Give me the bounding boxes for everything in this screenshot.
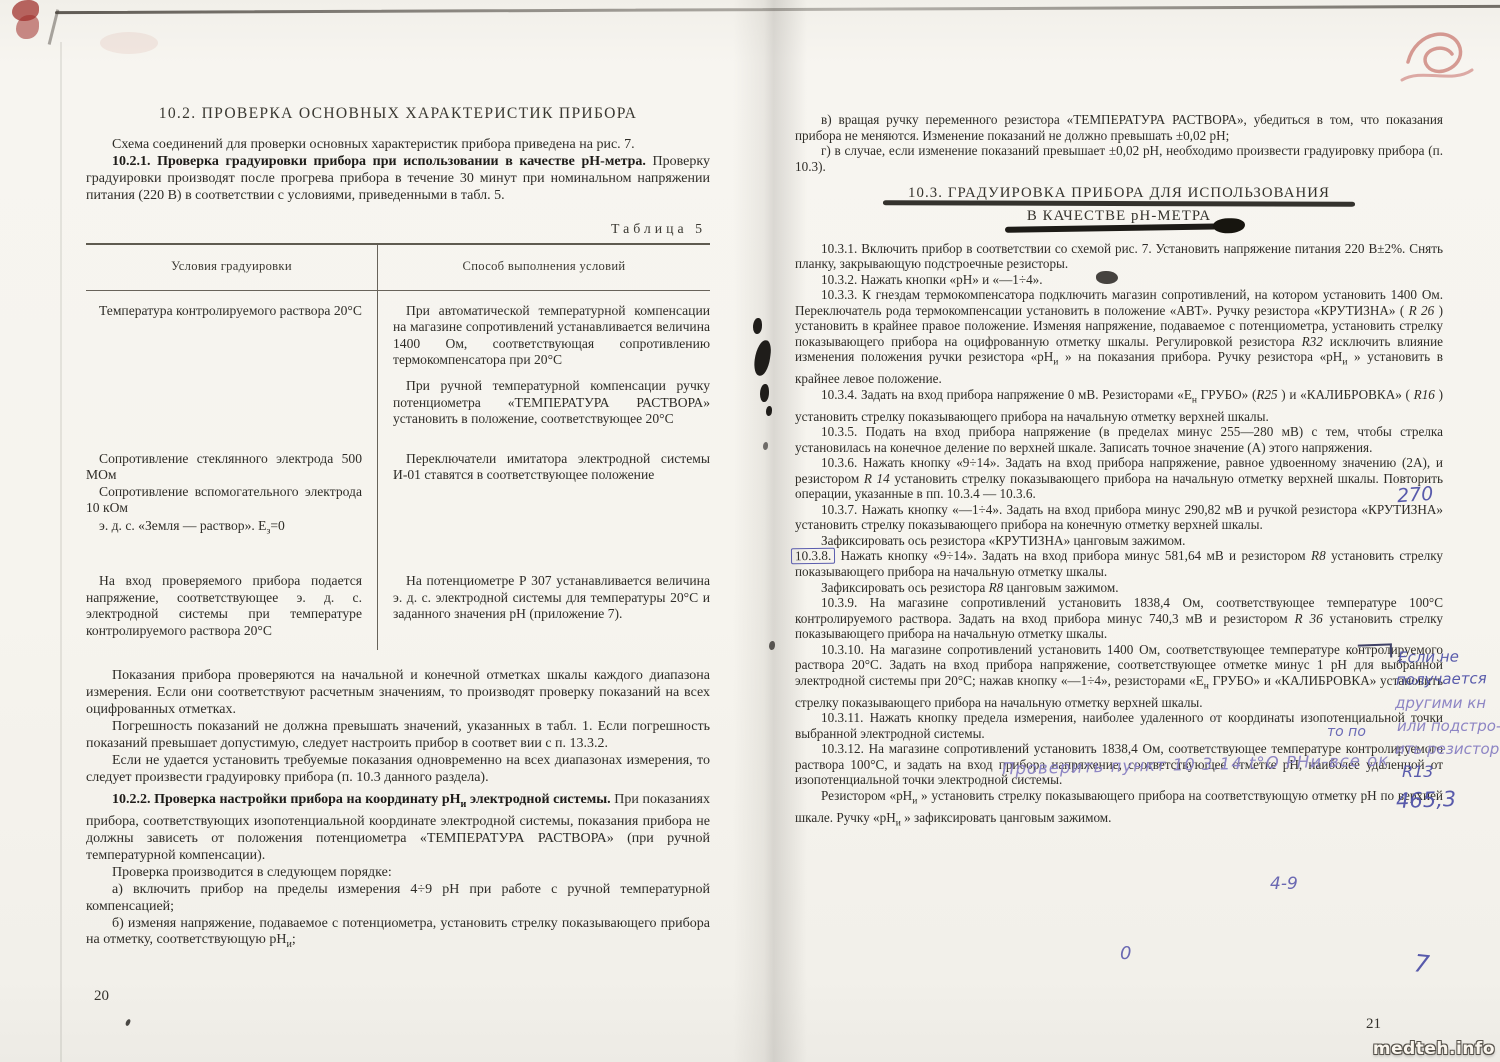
- handwritten-note-4-9: 4-9: [1270, 874, 1298, 894]
- paragraph: 10.3.10. На магазине сопротивлений устан…: [795, 642, 1443, 711]
- handwritten-margin-note: другими кн: [1395, 694, 1486, 712]
- red-stamp-mark-top-left: [16, 15, 39, 39]
- table-cell-text: При автоматической температурной компенс…: [393, 303, 710, 369]
- paragraph-10-3-8: 10.3.8. Нажать кнопку «9÷14». Задать на …: [795, 548, 1443, 579]
- page-number-right: 21: [1366, 1016, 1381, 1033]
- paragraph: 10.3.7. Нажать кнопку «—1÷4». Задать на …: [795, 502, 1443, 533]
- paragraph: 10.2.2. Проверка настройки прибора на ко…: [86, 792, 710, 864]
- paragraph: 10.3.1. Включить прибор в соответствии с…: [795, 241, 1443, 272]
- paragraph: 10.3.9. На магазине сопротивлений устано…: [795, 595, 1443, 642]
- scanned-manual-spread: 10.2. ПРОВЕРКА ОСНОВНЫХ ХАРАКТЕРИСТИК ПР…: [0, 0, 1500, 1062]
- paragraph-text: Нажать кнопку «9÷14». Задать на вход при…: [795, 548, 1443, 579]
- paragraph: Зафиксировать ось резистора «КРУТИЗНА» ц…: [795, 533, 1443, 549]
- handwritten-margin-note: R13: [1402, 762, 1433, 781]
- pen-underline: [883, 200, 1355, 206]
- table-row: На вход проверяемого прибора подается на…: [86, 551, 710, 650]
- scan-left-edge-line: [60, 42, 62, 1062]
- watermark: medteh.info: [1373, 1039, 1495, 1059]
- table-cell: При автоматической температурной компенс…: [378, 291, 710, 439]
- table-cell: На вход проверяемого прибора подается на…: [86, 551, 378, 650]
- column-header: Способ выполнения условий: [378, 245, 710, 290]
- paragraph: 10.3.2. Нажать кнопки «pH» и «—1÷4».: [795, 272, 1443, 288]
- ink-speck: [125, 1019, 131, 1027]
- table-row: Сопротивление стеклянного электрода 500 …: [86, 439, 710, 552]
- paragraph: а) включить прибор на пределы измерения …: [86, 882, 710, 916]
- paragraph: Если не удается установить требуемые пок…: [86, 753, 710, 787]
- paragraph: 10.3.4. Задать на вход прибора напряжени…: [795, 387, 1443, 425]
- table-cell: Температура контролируемого раствора 20°…: [86, 291, 378, 439]
- handwritten-note-7: 7: [1413, 949, 1431, 978]
- paragraph: Зафиксировать ось резистора R8 цанговым …: [795, 580, 1443, 596]
- paragraph: г) в случае, если изменение показаний пр…: [795, 143, 1443, 174]
- body-text: Показания прибора проверяются на начальн…: [86, 668, 710, 954]
- paragraph: б) изменяя напряжение, подаваемое с поте…: [86, 916, 710, 955]
- table-caption: Таблица 5: [86, 221, 706, 238]
- paragraph: Погрешность показаний не должна превышат…: [86, 719, 710, 753]
- paragraph: Резистором «pHи » установить стрелку пок…: [795, 788, 1443, 832]
- paragraph: 10.3.6. Нажать кнопку «9÷14». Задать на …: [795, 455, 1443, 502]
- left-page: 10.2. ПРОВЕРКА ОСНОВНЫХ ХАРАКТЕРИСТИК ПР…: [86, 106, 710, 954]
- table-cell: Переключатели имитатора электродной сист…: [378, 439, 710, 552]
- table-cell-text: Переключатели имитатора электродной сист…: [393, 451, 710, 484]
- column-header: Условия градуировки: [86, 245, 378, 290]
- scan-corner-edge-line: [48, 9, 59, 45]
- paragraph: в) вращая ручку переменного резистора «Т…: [795, 112, 1443, 143]
- section-heading-10-3: 10.3. ГРАДУИРОВКА ПРИБОРА ДЛЯ ИСПОЛЬЗОВА…: [795, 186, 1443, 231]
- section-heading-10-2: 10.2. ПРОВЕРКА ОСНОВНЫХ ХАРАКТЕРИСТИК ПР…: [86, 106, 710, 123]
- table-cell-text: Температура контролируемого раствора 20°…: [86, 303, 362, 319]
- table-header-row: Условия градуировки Способ выполнения ус…: [86, 245, 710, 290]
- table-cell: На потенциометре Р 307 устанавливается в…: [378, 551, 710, 650]
- handwritten-note-270: 270: [1396, 483, 1434, 507]
- heading-line: В КАЧЕСТВЕ pH-МЕТРА: [795, 209, 1443, 225]
- paragraph: 10.3.3. К гнездам термокомпенсатора подк…: [795, 287, 1443, 387]
- handwritten-note-fragment: то по: [1327, 724, 1366, 740]
- red-scribble-top-right: [1396, 18, 1480, 98]
- table-cell-text: При ручной температурной компенсации руч…: [393, 378, 710, 427]
- table-cell-text: э. д. с. «Земля — раствор». Ез=0: [86, 518, 362, 540]
- handwritten-margin-note: получается: [1396, 669, 1487, 689]
- handwritten-margin-note: или подстро-: [1397, 717, 1500, 735]
- handwritten-margin-note: Если не: [1398, 647, 1459, 666]
- table-cell-text: Сопротивление вспомогательного электрода…: [86, 484, 362, 517]
- handwritten-note-465-3: 465,3: [1396, 787, 1457, 813]
- table-5: Условия градуировки Способ выполнения ус…: [86, 243, 710, 650]
- table-cell-text: Сопротивление стеклянного электрода 500 …: [86, 451, 362, 484]
- table-cell: Сопротивление стеклянного электрода 500 …: [86, 439, 378, 552]
- table-cell-text: На потенциометре Р 307 устанавливается в…: [393, 573, 710, 622]
- heading-line: 10.3. ГРАДУИРОВКА ПРИБОРА ДЛЯ ИСПОЛЬЗОВА…: [795, 186, 1443, 202]
- paragraph: 10.3.5. Подать на вход прибора напряжени…: [795, 424, 1443, 455]
- pen-boxed-number: 10.3.8.: [791, 548, 835, 564]
- handwritten-margin-note: ить резистор: [1395, 740, 1499, 758]
- faint-stain: [100, 32, 158, 54]
- paragraph: Проверка производится в следующем порядк…: [86, 865, 710, 882]
- paragraph: Показания прибора проверяются на начальн…: [86, 668, 710, 719]
- paragraph: 10.2.1. Проверка градуировки прибора при…: [86, 154, 710, 205]
- table-cell-text: На вход проверяемого прибора подается на…: [86, 573, 362, 639]
- page-number-left: 20: [94, 988, 109, 1005]
- pen-bracket-mark: [1358, 643, 1392, 658]
- paragraph: Схема соединений для проверки основных х…: [86, 137, 710, 154]
- table-row: Температура контролируемого раствора 20°…: [86, 291, 710, 439]
- handwritten-note-0: 0: [1120, 943, 1131, 964]
